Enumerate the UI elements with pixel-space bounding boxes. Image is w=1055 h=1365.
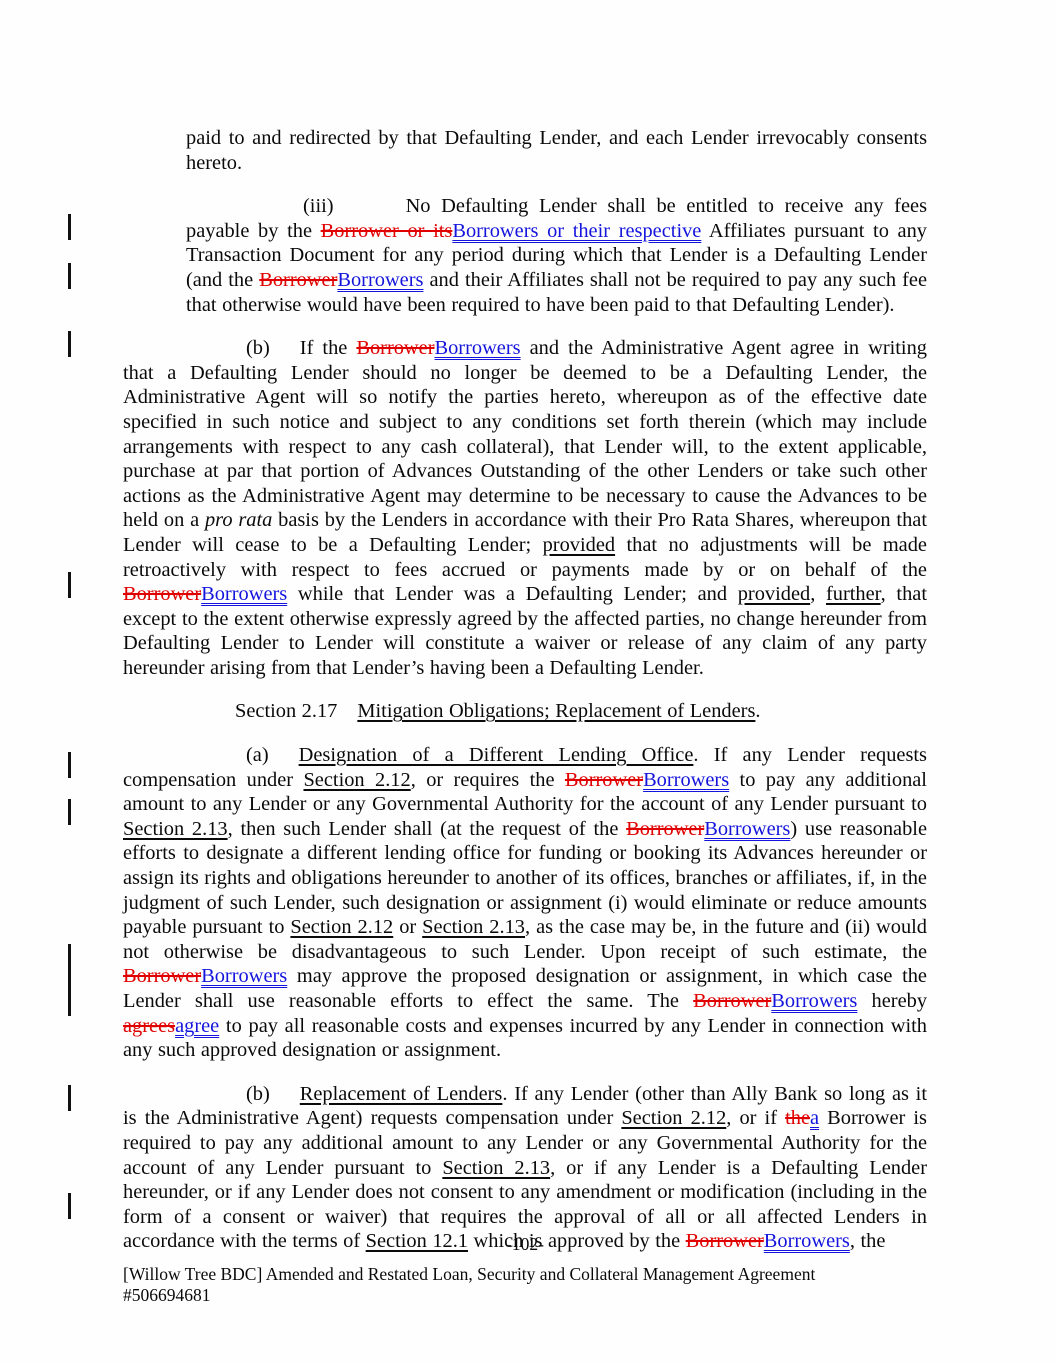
body-text-run: , — [810, 583, 826, 605]
inserted-text: Borrowers — [704, 818, 790, 840]
change-bar — [68, 1193, 71, 1219]
paragraph-subsection-a-designation: (a)Designation of a Different Lending Of… — [123, 743, 927, 1063]
underlined-text: Section 2.13 — [422, 916, 525, 938]
deleted-text: Borrower — [693, 990, 771, 1012]
deleted-text: agrees — [123, 1015, 175, 1037]
underlined-text: Mitigation Obligations; Replacement of L… — [357, 700, 755, 722]
body-text-run: Section 2.17 — [235, 700, 337, 722]
page-number: -102- — [123, 1234, 927, 1255]
underlined-text: Section 2.13 — [442, 1157, 550, 1179]
deleted-text: Borrower or its — [321, 220, 453, 242]
change-bar — [68, 572, 71, 598]
body-text-run: (b) — [246, 1083, 270, 1105]
deleted-text: Borrower — [123, 965, 201, 987]
paragraph-subsection-b-defaulting: (b)If the BorrowerBorrowers and the Admi… — [123, 336, 927, 680]
inserted-text: Borrowers — [435, 337, 521, 359]
paragraph-continuation: paid to and redirected by that Defaultin… — [186, 126, 927, 175]
change-bar — [68, 752, 71, 778]
inserted-text: Borrowers — [643, 769, 729, 791]
change-bar — [68, 1085, 71, 1111]
document-body: paid to and redirected by that Defaultin… — [123, 126, 927, 1254]
footer-document-id: #506694681 — [123, 1285, 943, 1306]
underlined-text: further — [826, 583, 881, 605]
underlined-text: Replacement of Lenders — [300, 1083, 503, 1105]
deleted-text: Borrower — [626, 818, 704, 840]
inserted-text: Borrowers or their respective — [452, 220, 701, 242]
change-bar — [68, 263, 71, 289]
body-text-run: hereby — [857, 990, 927, 1012]
body-text-run: (iii) — [303, 195, 334, 217]
deleted-text: Borrower — [123, 583, 201, 605]
italic-text: pro rata — [205, 509, 272, 531]
body-text-run: . — [755, 700, 760, 722]
section-heading-2-17: Section 2.17Mitigation Obligations; Repl… — [123, 699, 927, 724]
body-text-run: , or requires the — [411, 769, 565, 791]
body-text-run: to pay all reasonable costs and expenses… — [123, 1015, 927, 1062]
body-text-run: and the Administrative Agent agree in wr… — [123, 337, 927, 531]
inserted-text: agree — [175, 1015, 219, 1037]
underlined-text: provided — [543, 534, 615, 556]
document-footer: [Willow Tree BDC] Amended and Restated L… — [123, 1264, 943, 1306]
deleted-text: Borrower — [356, 337, 434, 359]
inserted-text: Borrowers — [771, 990, 857, 1012]
inserted-text: Borrowers — [201, 965, 287, 987]
change-bar — [68, 331, 71, 357]
deleted-text: Borrower — [259, 269, 337, 291]
paragraph-subsection-b-replacement: (b)Replacement of Lenders. If any Lender… — [123, 1082, 927, 1254]
change-bar — [68, 944, 71, 1016]
deleted-text: Borrower — [565, 769, 643, 791]
body-text-run: , then such Lender shall (at the request… — [228, 818, 627, 840]
underlined-text: Section 2.12 — [303, 769, 410, 791]
underlined-text: Section 2.13 — [123, 818, 228, 840]
inserted-text: Borrowers — [201, 583, 287, 605]
deleted-text: the — [785, 1107, 810, 1129]
change-bar — [68, 214, 71, 240]
body-text-run: , or if — [726, 1107, 785, 1129]
footer-agreement-title: [Willow Tree BDC] Amended and Restated L… — [123, 1264, 943, 1285]
body-text-run: If the — [300, 337, 357, 359]
underlined-text: provided — [738, 583, 810, 605]
inserted-text: Borrowers — [337, 269, 423, 291]
document-page: paid to and redirected by that Defaultin… — [0, 0, 1055, 1365]
body-text-run: or — [393, 916, 422, 938]
paragraph-item-iii: (iii)No Defaulting Lender shall be entit… — [186, 194, 927, 317]
underlined-text: Section 2.12 — [621, 1107, 726, 1129]
body-text-run: (b) — [246, 337, 270, 359]
underlined-text: Section 2.12 — [290, 916, 393, 938]
body-text-run: while that Lender was a Defaulting Lende… — [287, 583, 738, 605]
underlined-text: Designation of a Different Lending Offic… — [299, 744, 694, 766]
body-text-run: paid to and redirected by that Defaultin… — [186, 127, 927, 174]
change-bar — [68, 799, 71, 825]
body-text-run: (a) — [246, 744, 269, 766]
inserted-text: a — [810, 1107, 819, 1129]
